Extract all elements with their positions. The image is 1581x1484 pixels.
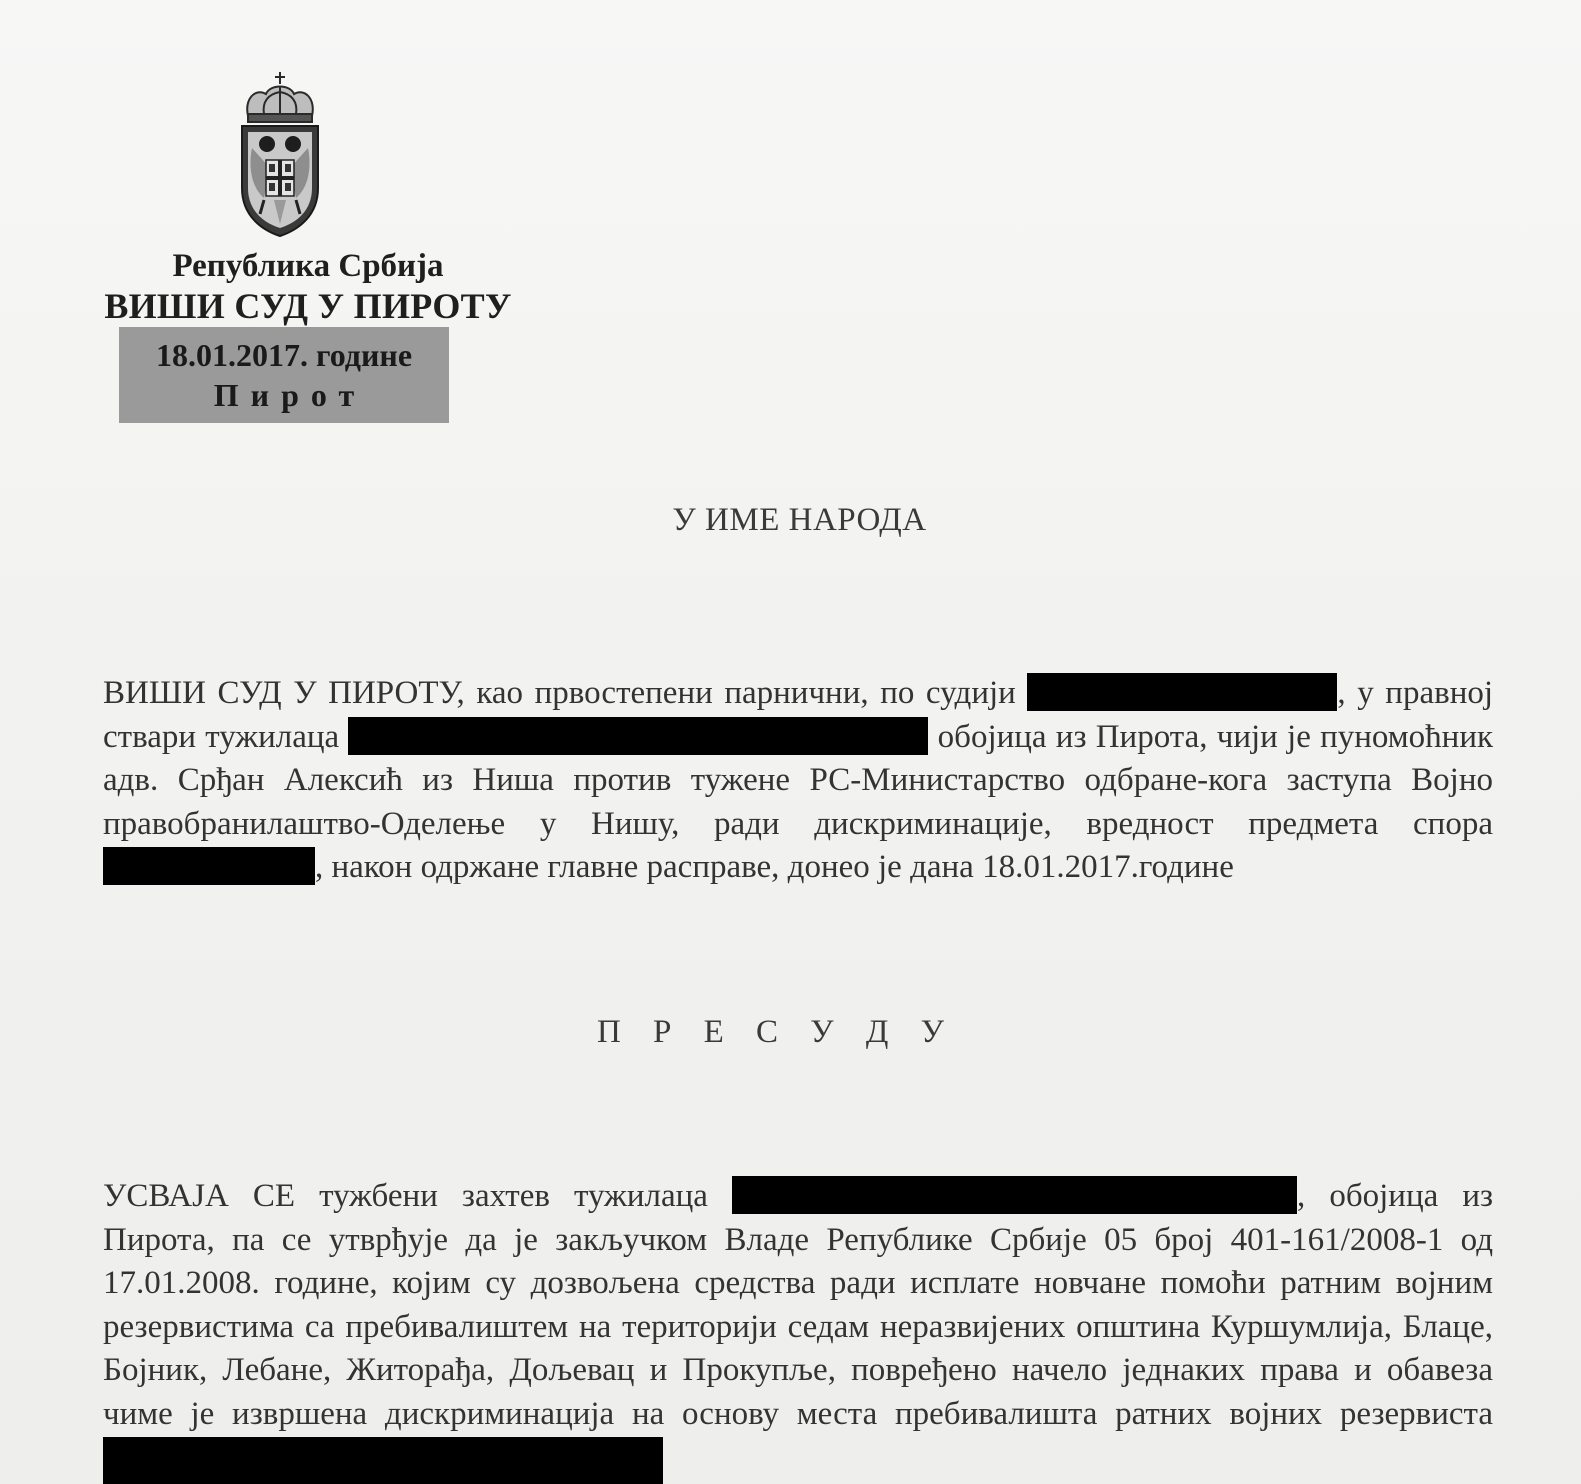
ruling-paragraph: УСВАЈА СЕ тужбени захтев тужилаца , обој…	[103, 1175, 1493, 1484]
court-header: Република Србија ВИШИ СУД У ПИРОТУ 18.01…	[88, 68, 528, 326]
serbian-coat-of-arms-icon	[234, 68, 326, 238]
ruling-text-1: УСВАЈА СЕ тужбени захтев тужилаца	[103, 1178, 708, 1214]
ruling-text-2: , обојица из Пирота, па се утврђује да ј…	[103, 1178, 1493, 1432]
intro-text-4: , након одржане главне расправе, донео ј…	[315, 849, 1234, 885]
court-name: ВИШИ СУД У ПИРОТУ	[88, 286, 528, 326]
document-page: Република Србија ВИШИ СУД У ПИРОТУ 18.01…	[0, 0, 1581, 1484]
redaction-plaintiffs-2	[732, 1176, 1297, 1214]
redaction-judge-name	[1027, 673, 1337, 711]
country-name: Република Србија	[88, 246, 528, 286]
redaction-reservists	[103, 1437, 663, 1484]
redaction-plaintiffs	[348, 717, 928, 755]
intro-text-1: ВИШИ СУД У ПИРОТУ, као првостепени парни…	[103, 675, 1016, 711]
document-city: Пирот	[119, 375, 449, 415]
in-the-name-heading: У ИМЕ НАРОДА	[9, 502, 1581, 539]
verdict-heading: П Р Е С У Д У	[0, 1014, 1567, 1051]
date-place-box: 18.01.2017. године Пирот	[119, 327, 449, 423]
redaction-dispute-value	[103, 847, 315, 885]
intro-paragraph: ВИШИ СУД У ПИРОТУ, као првостепени парни…	[103, 672, 1493, 890]
document-date: 18.01.2017. године	[119, 335, 449, 375]
